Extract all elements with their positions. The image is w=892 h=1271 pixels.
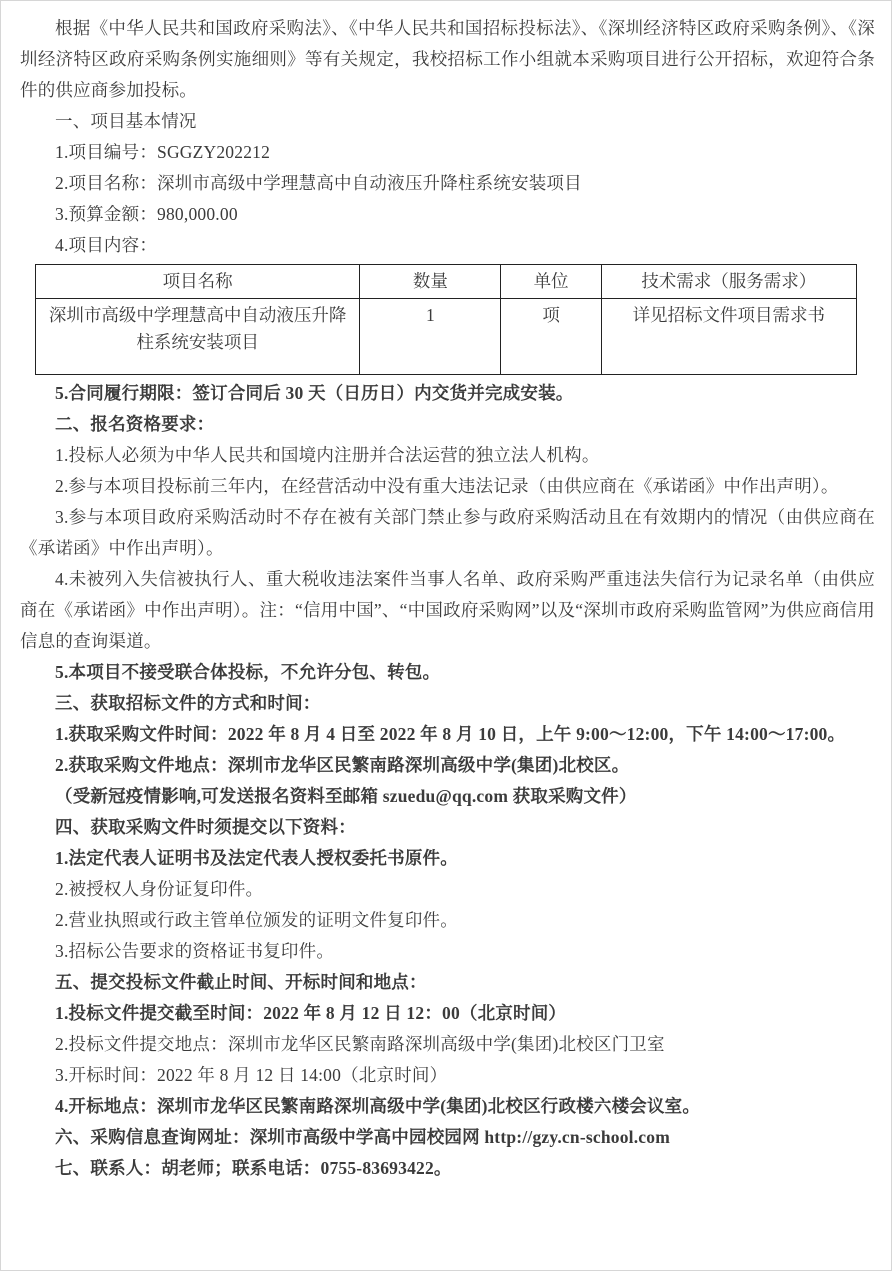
item-project-content-label: 4.项目内容： xyxy=(20,230,875,261)
project-table: 项目名称 数量 单位 技术需求（服务需求） 深圳市高级中学理慧高中自动液压升降柱… xyxy=(35,264,857,375)
bid-open-time: 3.开标时间：2022 年 8 月 12 日 14:00（北京时间） xyxy=(20,1060,875,1091)
qualification-item-2: 2.参与本项目投标前三年内，在经营活动中没有重大违法记录（由供应商在《承诺函》中… xyxy=(20,471,875,502)
item-budget: 3.预算金额：980,000.00 xyxy=(20,199,875,230)
table-header-row: 项目名称 数量 单位 技术需求（服务需求） xyxy=(36,265,857,299)
doc-obtain-time: 1.获取采购文件时间：2022 年 8 月 4 日至 2022 年 8 月 10… xyxy=(20,719,875,750)
intro-paragraph: 根据《中华人民共和国政府采购法》、《中华人民共和国招标投标法》、《深圳经济特区政… xyxy=(20,13,875,106)
section-2-heading: 二、报名资格要求： xyxy=(20,409,875,440)
submit-material-3: 2.营业执照或行政主管单位颁发的证明文件复印件。 xyxy=(20,905,875,936)
col-header-unit: 单位 xyxy=(501,265,601,299)
bid-submit-location: 2.投标文件提交地点：深圳市龙华区民繁南路深圳高级中学(集团)北校区门卫室 xyxy=(20,1029,875,1060)
covid-note: （受新冠疫情影响,可发送报名资料至邮箱 szuedu@qq.com 获取采购文件… xyxy=(20,781,875,812)
cell-unit: 项 xyxy=(501,299,601,375)
section-4-heading: 四、获取采购文件时须提交以下资料： xyxy=(20,812,875,843)
qualification-item-5: 5.本项目不接受联合体投标，不允许分包、转包。 xyxy=(20,657,875,688)
item-project-name: 2.项目名称：深圳市高级中学理慧高中自动液压升降柱系统安装项目 xyxy=(20,168,875,199)
item-contract-period: 5.合同履行期限：签订合同后 30 天（日历日）内交货并完成安装。 xyxy=(20,378,875,409)
col-header-project-name: 项目名称 xyxy=(36,265,360,299)
section-5-heading: 五、提交投标文件截止时间、开标时间和地点： xyxy=(20,967,875,998)
col-header-quantity: 数量 xyxy=(360,265,501,299)
item-project-number: 1.项目编号：SGGZY202212 xyxy=(20,137,875,168)
qualification-item-3: 3.参与本项目政府采购活动时不存在被有关部门禁止参与政府采购活动且在有效期内的情… xyxy=(20,502,875,564)
bid-open-location: 4.开标地点：深圳市龙华区民繁南路深圳高级中学(集团)北校区行政楼六楼会议室。 xyxy=(20,1091,875,1122)
document-page: 根据《中华人民共和国政府采购法》、《中华人民共和国招标投标法》、《深圳经济特区政… xyxy=(0,0,892,1271)
cell-project-name: 深圳市高级中学理慧高中自动液压升降柱系统安装项目 xyxy=(36,299,360,375)
submit-material-2: 2.被授权人身份证复印件。 xyxy=(20,874,875,905)
bid-deadline: 1.投标文件提交截至时间：2022 年 8 月 12 日 12：00（北京时间） xyxy=(20,998,875,1029)
qualification-item-1: 1.投标人必须为中华人民共和国境内注册并合法运营的独立法人机构。 xyxy=(20,440,875,471)
cell-tech-requirement: 详见招标文件项目需求书 xyxy=(601,299,856,375)
cell-quantity: 1 xyxy=(360,299,501,375)
section-1-heading: 一、项目基本情况 xyxy=(20,106,875,137)
submit-material-1: 1.法定代表人证明书及法定代表人授权委托书原件。 xyxy=(20,843,875,874)
qualification-item-4: 4.未被列入失信被执行人、重大税收违法案件当事人名单、政府采购严重违法失信行为记… xyxy=(20,564,875,657)
col-header-tech-requirement: 技术需求（服务需求） xyxy=(601,265,856,299)
submit-material-4: 3.招标公告要求的资格证书复印件。 xyxy=(20,936,875,967)
table-row: 深圳市高级中学理慧高中自动液压升降柱系统安装项目 1 项 详见招标文件项目需求书 xyxy=(36,299,857,375)
section-7-heading: 七、联系人：胡老师；联系电话：0755-83693422。 xyxy=(20,1153,875,1184)
section-3-heading: 三、获取招标文件的方式和时间： xyxy=(20,688,875,719)
section-6-heading: 六、采购信息查询网址：深圳市高级中学高中园校园网 http://gzy.cn-s… xyxy=(20,1122,875,1153)
doc-obtain-location: 2.获取采购文件地点：深圳市龙华区民繁南路深圳高级中学(集团)北校区。 xyxy=(20,750,875,781)
